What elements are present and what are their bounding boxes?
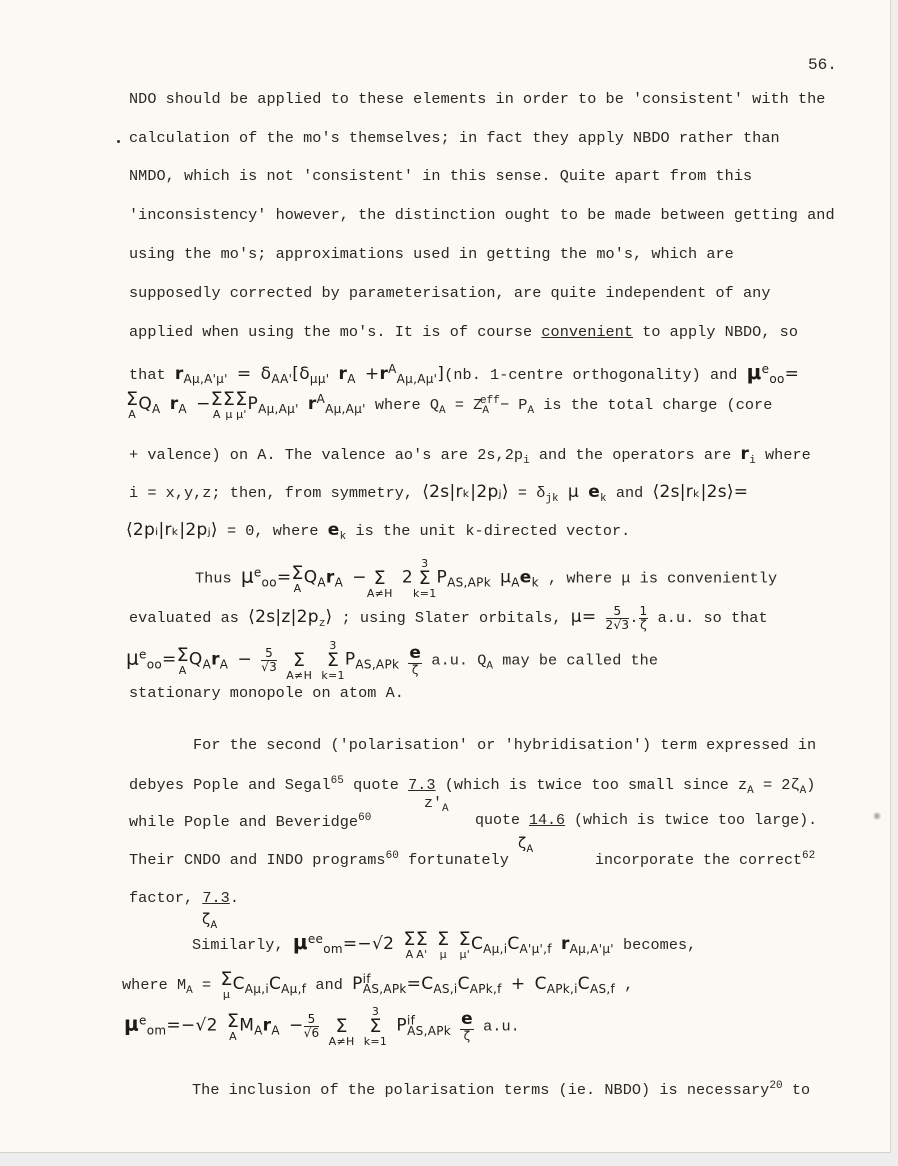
summation: ΣA bbox=[177, 646, 189, 676]
page-number: 56. bbox=[808, 56, 837, 74]
underlined-word: convenient bbox=[541, 323, 633, 341]
text: (nb. 1-centre orthogonality) and bbox=[444, 366, 746, 384]
equation-line: where MA = ΣμCAμ,iCAμ,f and PifAS,APk=CA… bbox=[122, 970, 633, 1000]
text: where bbox=[756, 446, 811, 464]
mu-symbol: μ bbox=[571, 607, 582, 627]
reference-superscript: 62 bbox=[802, 850, 815, 862]
text: ) bbox=[806, 776, 815, 794]
text: is the total charge (core bbox=[534, 396, 772, 414]
text-line: applied when using the mo's. It is of co… bbox=[129, 323, 798, 341]
subscript: A bbox=[335, 576, 344, 590]
fraction: 5√3 bbox=[261, 647, 277, 673]
text: The inclusion of the polarisation terms … bbox=[192, 1081, 769, 1099]
summation: ΣA bbox=[227, 1012, 239, 1042]
subscript: A bbox=[254, 1024, 263, 1038]
equals: = bbox=[237, 364, 252, 384]
subscript: oo bbox=[769, 372, 784, 386]
summation: 3Σk=1 bbox=[364, 1006, 388, 1047]
superscript: A bbox=[317, 392, 326, 406]
equals: = bbox=[166, 1016, 181, 1036]
text-line-continued: quote 14.6 (which is twice too large). bbox=[475, 812, 817, 829]
symbol: C bbox=[471, 934, 483, 954]
sqrt-two: −√2 bbox=[357, 934, 394, 954]
text: − P bbox=[500, 396, 528, 414]
mu-symbol: μ bbox=[747, 360, 762, 384]
equals: = bbox=[162, 650, 177, 670]
text: factor, bbox=[129, 889, 202, 907]
symbol: P bbox=[396, 1016, 407, 1036]
subscript: oo bbox=[262, 576, 277, 590]
equals: = bbox=[785, 364, 800, 384]
text: (which is twice too small since z bbox=[436, 776, 748, 794]
subscript: AS,f bbox=[590, 982, 615, 996]
symbol: M bbox=[239, 1016, 254, 1036]
subscript: Aμ,i bbox=[245, 982, 269, 996]
symbol: Q bbox=[189, 650, 203, 670]
text: = bbox=[193, 976, 221, 994]
text-line: Their CNDO and INDO programs60 fortunate… bbox=[129, 850, 509, 869]
denominator-zA: z'A bbox=[424, 795, 449, 815]
minus: − bbox=[237, 650, 252, 670]
summation: Σμ' bbox=[459, 930, 471, 960]
fraction: 52√3 bbox=[606, 605, 630, 631]
subscript: Aμ,A'μ' bbox=[184, 372, 228, 386]
text: and bbox=[306, 976, 352, 994]
text: + valence) on A. The valence ao's are 2s… bbox=[129, 446, 523, 464]
plus: + bbox=[365, 364, 380, 384]
superscript: e bbox=[139, 1013, 147, 1027]
subscript: Aμ,f bbox=[281, 982, 306, 996]
summation: 3Σk=1 bbox=[413, 558, 437, 599]
symbol: C bbox=[578, 974, 590, 994]
subscript: Aμ,i bbox=[483, 942, 507, 956]
subscript: Aμ,A'μ' bbox=[570, 942, 614, 956]
text: = δ bbox=[509, 484, 546, 502]
symbol: C bbox=[269, 974, 281, 994]
symbol: C bbox=[507, 934, 519, 954]
r-operator: r bbox=[379, 364, 388, 384]
r-operator: r bbox=[211, 650, 220, 670]
plus: + bbox=[511, 974, 526, 994]
symbol: Q bbox=[138, 394, 152, 414]
symbol: P bbox=[437, 568, 448, 588]
r-operator: r bbox=[339, 364, 348, 384]
text: and the operators are bbox=[530, 446, 741, 464]
text: a.u. so that bbox=[648, 609, 767, 627]
text: evaluated as bbox=[129, 609, 248, 627]
braket: ⟨2s|rₖ|2pⱼ⟩ bbox=[422, 482, 509, 502]
text: Their CNDO and INDO programs bbox=[129, 851, 386, 869]
text-line: i = x,y,z; then, from symmetry, ⟨2s|rₖ|2… bbox=[129, 482, 748, 505]
text-line: ΣAQA rA −ΣAΣμΣμ'PAμ,Aμ' rAAμ,Aμ' where Q… bbox=[126, 390, 772, 420]
text-line: NDO should be applied to these elements … bbox=[129, 90, 825, 108]
minus: − bbox=[352, 568, 367, 588]
text: = 0, where bbox=[218, 522, 328, 540]
superscript: e bbox=[254, 565, 262, 579]
subscript: AA' bbox=[271, 372, 292, 386]
summation: ΣA≠H bbox=[329, 1006, 355, 1047]
subscript: k bbox=[532, 576, 539, 590]
equation-line: μeom=−√2 ΣAMArA −5√6 ΣA≠H 3Σk=1 PifAS,AP… bbox=[124, 1006, 520, 1047]
symbol: P bbox=[352, 974, 363, 994]
subscript: om bbox=[323, 942, 343, 956]
subscript: AS,APk bbox=[355, 658, 399, 672]
underlined-value: 14.6 bbox=[529, 812, 565, 829]
text: while Pople and Beveridge bbox=[129, 813, 358, 831]
reference-superscript: 65 bbox=[331, 775, 344, 787]
text-line: supposedly corrected by parameterisation… bbox=[129, 284, 770, 302]
equals: = bbox=[343, 934, 358, 954]
summation: 3Σk=1 bbox=[321, 640, 345, 681]
mu-symbol: μ bbox=[568, 482, 579, 502]
mu-symbol: μ bbox=[124, 1012, 139, 1036]
text-line: NMDO, which is not 'consistent' in this … bbox=[129, 167, 752, 185]
summation: ΣA bbox=[211, 390, 223, 420]
subscript: A bbox=[747, 785, 754, 797]
text-line: The inclusion of the polarisation terms … bbox=[192, 1080, 810, 1099]
r-operator: r bbox=[741, 444, 750, 464]
reference-superscript: 20 bbox=[769, 1080, 782, 1092]
subscript: AS,APk bbox=[447, 576, 491, 590]
summation: ΣA bbox=[291, 564, 303, 594]
text: . bbox=[230, 889, 239, 907]
text: to apply NBDO, so bbox=[633, 323, 798, 341]
subscript: A bbox=[439, 405, 446, 417]
denominator-zetaA: ζA bbox=[518, 834, 533, 856]
r-operator: r bbox=[308, 394, 317, 414]
text: where Q bbox=[366, 396, 439, 414]
equals: = bbox=[277, 568, 292, 588]
subscript: A bbox=[178, 402, 187, 416]
subscript: Aμ,Aμ' bbox=[258, 402, 299, 416]
text-line: calculation of the mo's themselves; in f… bbox=[129, 129, 780, 147]
text-line: 'inconsistency' however, the distinction… bbox=[129, 206, 835, 224]
symbol: C bbox=[233, 974, 245, 994]
subscript: i bbox=[749, 455, 756, 467]
text: where M bbox=[122, 976, 186, 994]
text: and bbox=[607, 484, 653, 502]
sqrt-two: −√2 bbox=[181, 1016, 218, 1036]
subscript: jk bbox=[545, 493, 558, 505]
text: a.u. bbox=[474, 1018, 520, 1036]
symbol: C bbox=[458, 974, 470, 994]
text: Similarly, bbox=[192, 936, 293, 954]
subscript: μμ' bbox=[310, 372, 329, 386]
equation-line: μeoo=ΣAQArA − 5√3 ΣA≠H 3Σk=1PAS,APk eζ a… bbox=[126, 640, 658, 681]
subscript: A bbox=[203, 658, 212, 672]
reference-superscript: 60 bbox=[386, 850, 399, 862]
symbol: C bbox=[535, 974, 547, 994]
text: fortunately bbox=[399, 851, 509, 869]
subscript: A bbox=[152, 402, 161, 416]
text-line: + valence) on A. The valence ao's are 2s… bbox=[129, 444, 811, 467]
subscript: APk,f bbox=[470, 982, 502, 996]
text-line: factor, 7.3. bbox=[129, 889, 239, 907]
summation: Σμ' bbox=[235, 390, 247, 420]
r-operator: r bbox=[561, 934, 570, 954]
text-line: ⟨2pᵢ|rₖ|2pⱼ⟩ = 0, where ek is the unit k… bbox=[126, 520, 630, 543]
equation-line: Similarly, μeeom=−√2 ΣAΣA' Σμ Σμ'CAμ,iCA… bbox=[192, 930, 696, 960]
superscript: ee bbox=[308, 932, 323, 946]
text-line: while Pople and Beveridge60 bbox=[129, 812, 371, 831]
superscript: A bbox=[388, 362, 397, 376]
text: = 2ζ bbox=[754, 776, 800, 794]
fraction: 1ζ bbox=[639, 605, 649, 631]
subscript: APk,i bbox=[547, 982, 578, 996]
text: Thus bbox=[195, 570, 241, 588]
mu-symbol: μ bbox=[241, 564, 254, 588]
coefficient: 2 bbox=[402, 568, 413, 588]
subscript: om bbox=[147, 1024, 167, 1038]
text: a.u. Q bbox=[422, 652, 486, 670]
reference-superscript: 60 bbox=[358, 812, 371, 824]
summation: ΣA≠H bbox=[286, 640, 312, 681]
fraction: eζ bbox=[408, 645, 422, 676]
symbol: Q bbox=[304, 568, 318, 588]
text-line: For the second ('polarisation' or 'hybri… bbox=[193, 736, 816, 754]
summation: ΣA≠H bbox=[367, 558, 393, 599]
subscript: k bbox=[600, 493, 607, 505]
subscript: AS,APk bbox=[407, 1024, 451, 1038]
subscript: A bbox=[317, 576, 326, 590]
text: ; using Slater orbitals, bbox=[332, 609, 570, 627]
subscript: A bbox=[347, 372, 356, 386]
subscript: Aμ,Aμ' bbox=[325, 402, 366, 416]
r-operator: r bbox=[175, 364, 184, 384]
text: may be called the bbox=[493, 652, 658, 670]
subscript: i bbox=[523, 455, 530, 467]
subscript: A bbox=[220, 658, 229, 672]
summation: Σμ bbox=[220, 970, 232, 1000]
text: applied when using the mo's. It is of co… bbox=[129, 323, 541, 341]
subscript: A bbox=[511, 576, 520, 590]
text: debyes Pople and Segal bbox=[129, 776, 331, 794]
fraction: 5√6 bbox=[304, 1013, 320, 1039]
unit-vector: e bbox=[588, 482, 600, 502]
subscript: Aμ,Aμ' bbox=[397, 372, 438, 386]
summation: Σμ bbox=[223, 390, 235, 420]
unit-vector: e bbox=[328, 520, 340, 540]
mu-symbol: μ bbox=[126, 646, 139, 670]
summation: Σμ bbox=[437, 930, 449, 960]
paper-speck bbox=[872, 812, 882, 820]
text: i = x,y,z; then, from symmetry, bbox=[129, 484, 422, 502]
text: , where μ is conveniently bbox=[539, 570, 777, 588]
subscript: oo bbox=[147, 658, 162, 672]
minus: − bbox=[196, 394, 211, 414]
symbol: C bbox=[421, 974, 433, 994]
text: that bbox=[129, 366, 175, 384]
subscript: z bbox=[319, 618, 326, 630]
summation: ΣA bbox=[126, 390, 138, 420]
text-line-continued: incorporate the correct62 bbox=[595, 850, 815, 869]
text: is the unit k-directed vector. bbox=[346, 522, 630, 540]
text-line: debyes Pople and Segal65 quote 7.3 (whic… bbox=[129, 775, 815, 797]
minus: − bbox=[289, 1016, 304, 1036]
subscript: A'μ',f bbox=[520, 942, 552, 956]
summation: ΣA' bbox=[416, 930, 428, 960]
ink-dot bbox=[117, 140, 120, 143]
equals: = bbox=[582, 607, 597, 627]
subscript: AS,i bbox=[433, 982, 457, 996]
superscript: eff bbox=[480, 395, 500, 407]
text: to bbox=[783, 1081, 811, 1099]
subscript: A bbox=[186, 985, 193, 997]
symbol: P bbox=[248, 394, 259, 414]
equals: = bbox=[407, 974, 422, 994]
text-line: evaluated as ⟨2s|z|2pz⟩ ; using Slater o… bbox=[129, 605, 768, 631]
symbol: P bbox=[345, 650, 356, 670]
braket: ⟨2pᵢ|rₖ|2pⱼ⟩ bbox=[126, 520, 218, 540]
mu-symbol: μ bbox=[293, 930, 308, 954]
text: quote bbox=[344, 776, 408, 794]
subscript: AS,APk bbox=[363, 982, 407, 996]
braket: ⟨2s|z|2p bbox=[248, 607, 319, 627]
r-operator: r bbox=[326, 568, 335, 588]
delta: δ bbox=[261, 364, 272, 384]
subscript: A bbox=[271, 1024, 280, 1038]
superscript: e bbox=[139, 647, 147, 661]
braket: ⟨2s|rₖ|2s⟩= bbox=[653, 482, 749, 502]
text: = Z bbox=[446, 396, 483, 414]
text-line: stationary monopole on atom A. bbox=[129, 684, 404, 702]
unit-vector: e bbox=[520, 568, 532, 588]
fraction: eζ bbox=[460, 1011, 474, 1042]
delta: δ bbox=[299, 364, 310, 384]
document-page: 56. NDO should be applied to these eleme… bbox=[0, 0, 891, 1153]
underlined-value: 7.3 bbox=[202, 889, 230, 907]
mu-symbol: μ bbox=[500, 568, 511, 588]
summation: ΣA bbox=[403, 930, 415, 960]
text-line: that rAμ,A'μ' = δAA'[δμμ' rA +rAAμ,Aμ'](… bbox=[129, 360, 799, 386]
equation-line: Thus μeoo=ΣAQArA − ΣA≠H 23Σk=1PAS,APk μA… bbox=[195, 558, 777, 599]
text: becomes, bbox=[614, 936, 696, 954]
text-line: using the mo's; approximations used in g… bbox=[129, 245, 734, 263]
underlined-value: 7.3 bbox=[408, 776, 436, 794]
text: , bbox=[615, 976, 633, 994]
denominator-zetaA: ζA bbox=[202, 910, 217, 932]
